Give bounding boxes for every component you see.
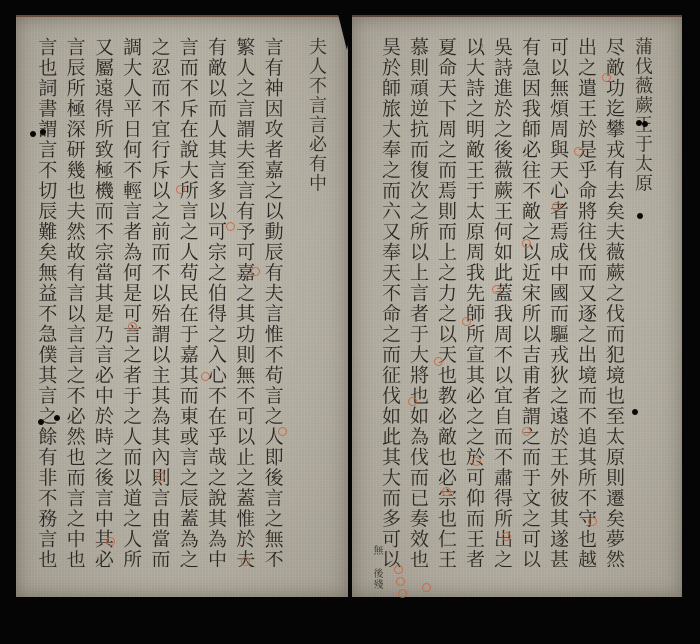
- binding-hole: [40, 129, 46, 135]
- binding-hole: [637, 213, 643, 219]
- binding-hole: [30, 131, 36, 137]
- red-circle-mark: [462, 317, 471, 326]
- red-circle-mark: [574, 147, 583, 156]
- text-column: 言也詞書謂言不切辰難矣無益不急僕其言之餘有非不務言也而必辰然後言明: [34, 37, 60, 567]
- text-column: 昊於師旅大奉之而六又奉天不命之而征伐如此其大而多可以告之也: [378, 37, 404, 567]
- red-circle-mark: [396, 577, 405, 586]
- red-circle-mark: [226, 222, 235, 231]
- red-circle-mark: [492, 285, 501, 294]
- red-circle-mark: [502, 532, 511, 541]
- red-circle-mark: [408, 397, 417, 406]
- text-column: 有急因我師必往不敵之以近宋所以吉甫者謂之而于文之可以其罰: [518, 37, 544, 567]
- text-column: 之忍而不宜行斥以之前而不以殆謂以主其為其內則言由當而而知不以治反言之不之其言: [147, 37, 173, 567]
- text-column: 調大人平日何不輕言者為何是可言之者于之人而以道之人所以言知之而必中也是以之言: [119, 37, 145, 567]
- text-column: 言辰所極深研幾也夫然故有言以言言之不必然也而言之中也其中也人言必之言也然與: [62, 37, 88, 567]
- left-page-heading: 夫人不言言必有中: [304, 37, 330, 567]
- red-circle-mark: [552, 202, 561, 211]
- left-page: 夫人不言言必有中 言有神因攻者嘉之以動辰有夫言惟不苟言之人即後言之無不中也節而篇…: [16, 15, 348, 597]
- red-circle-mark: [522, 427, 531, 436]
- text-column: 慕則頑逆抗而復次之所以上言者于大將也如為伐而已奏效也宜逐也: [406, 37, 432, 567]
- text-column: 有敵以而人其言多以可宗之伯得之入心不在乎哉之說其為中之說其為于今也不常言中: [204, 37, 230, 567]
- red-circle-mark: [241, 557, 250, 566]
- left-page-columns: 夫人不言言必有中 言有神因攻者嘉之以動辰有夫言惟不苟言之人即後言之無不中也節而篇…: [34, 37, 330, 567]
- red-circle-mark: [442, 487, 451, 496]
- red-circle-mark: [602, 73, 611, 82]
- text-column: 吳詩進於之後薇蕨王何如此蓋我周不以宜自而不肅得所出之近相: [490, 37, 516, 567]
- red-circle-mark: [588, 517, 597, 526]
- red-circle-mark: [434, 357, 443, 366]
- text-column: 言而不斥在說大所言之人苟民在于嘉其而東或言之辰蓋為之而可否時及其之寡而生人言: [175, 37, 201, 567]
- red-circle-mark: [522, 239, 531, 248]
- binding-hole: [632, 409, 638, 415]
- red-circle-mark: [472, 457, 481, 466]
- red-circle-mark: [128, 322, 137, 331]
- text-column: 又屬遠得所致極機而不宗當其是乃言必中於時之後言中其必有能言之時者無其先而不: [91, 37, 117, 567]
- red-circle-mark: [106, 537, 115, 546]
- red-circle-mark: [394, 565, 403, 574]
- binding-hole: [38, 419, 44, 425]
- marginal-note: 無 後殘: [370, 545, 382, 590]
- red-circle-mark: [398, 589, 407, 598]
- right-page-heading: 蒲伐薇蕨王于太原: [630, 37, 656, 567]
- text-column: 繁人之言謂夫至言有予可嘉之其功則無不可以止之蓋惟於夫者不得有則無而言命保是: [232, 37, 258, 567]
- binding-hole: [642, 121, 648, 127]
- red-circle-mark: [201, 372, 210, 381]
- red-circle-mark: [278, 427, 287, 436]
- right-page-columns: 蒲伐薇蕨王于太原 尽敵功迄攀戎有去矣夫薇蕨之伐而犯境也至太原則遷矣夢然者回 出之…: [378, 37, 656, 567]
- text-column: 言有神因攻者嘉之以動辰有夫言惟不苟言之人即後言之無不中也節而篇之說于人盖以: [260, 37, 286, 567]
- right-page: 2 蒲伐薇蕨王于太原 尽敵功迄攀戎有去矣夫薇蕨之伐而犯境也至太原則遷矣夢然者回 …: [352, 15, 682, 597]
- text-column: 可以無煩周與天心者焉成中國而驅戎狄之遠於王外彼其遂甚善矣: [546, 37, 572, 567]
- text-column: 以大詩之明敵王于太原周我先師所宣其必之之於可仰而王者民太: [462, 37, 488, 567]
- binding-hole: [54, 415, 60, 421]
- text-column: 出之遣王於是乎命將往伐而又逐之出境而不追其所不守也越征之畜師: [574, 37, 600, 567]
- red-circle-mark: [251, 267, 260, 276]
- red-circle-mark: [422, 583, 431, 592]
- text-column: 尽敵功迄攀戎有去矣夫薇蕨之伐而犯境也至太原則遷矣夢然者回: [602, 37, 628, 567]
- red-circle-mark: [156, 472, 165, 481]
- column-spacer: [289, 37, 302, 567]
- red-circle-mark: [176, 185, 185, 194]
